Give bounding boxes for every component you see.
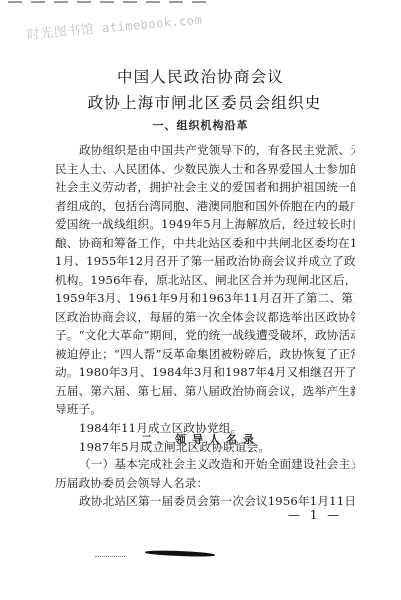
body-line: 历届政协委员会领导人名录：	[55, 474, 355, 492]
body-line: 社会主义劳动者，拥护社会主义的爱国者和拥护祖国统一的爱国	[55, 178, 355, 196]
body-line: 政协组织是由中国共产党领导下的，有各民主党派、无党派	[55, 141, 355, 159]
body-line: 1959年3月、1961年9月和1963年11月召开了第二、第三和第四届	[55, 289, 355, 307]
body-line: 区政治协商会议，每届的第一次全体会议都选举出区政协领导班	[55, 308, 355, 326]
body-line: 五届、第六届、第七届、第八届政治协商会议，选举产生新的领	[55, 382, 355, 400]
section1-heading: 一、组织机构沿革	[0, 117, 401, 133]
watermark-cn: 时光图书馆	[26, 22, 95, 43]
body-line: 民主人士、人民团体、少数民族人士和各界爱国人士参加的，由	[55, 160, 355, 178]
watermark-url: atimebook.com	[102, 13, 203, 36]
section2-heading: 二、领导人名录	[0, 431, 401, 447]
page-number: — 1 —	[288, 508, 342, 522]
body-line: 爱国统一战线组织。1949年5月上海解放后，经过较长时间的酝	[55, 215, 355, 233]
document-title-line1: 中国人民政治协商会议	[0, 65, 401, 87]
scan-artifact	[95, 556, 125, 558]
body-line: 被迫停止；“四人帮”反革命集团被粉碎后，政协恢复了正常活	[55, 345, 355, 363]
body-line: （一）基本完成社会主义改造和开始全面建设社会主义时期	[55, 455, 355, 473]
body-line: 动。1980年3月、1984年3月和1987年4月又相继召开了闸北区第	[55, 363, 355, 381]
body-line: 机构。1956年春，原北站区、闸北区合并为现闸北区后，相继在	[55, 271, 355, 289]
body-line: 1月、1955年12月召开了第一届政治协商会议并成立了政协领导	[55, 252, 355, 270]
scan-smudge	[145, 550, 215, 557]
top-edge-dashes	[8, 0, 215, 3]
body-line: 子。“文化大革命”期间，党的统一战线遭受破坏，政协活动	[55, 326, 355, 344]
body-line: 酿、协商和筹备工作，中共北站区委和中共闸北区委均在1956年	[55, 234, 355, 252]
watermark: 时光图书馆atimebook.com	[26, 9, 203, 43]
body-line: 导班子。	[55, 400, 355, 418]
document-title-line2: 政协上海市闸北区委员会组织史	[4, 91, 401, 113]
body-line: 者组成的，包括台湾同胞、港澳同胞和国外侨胞在内的最广泛的	[55, 197, 355, 215]
